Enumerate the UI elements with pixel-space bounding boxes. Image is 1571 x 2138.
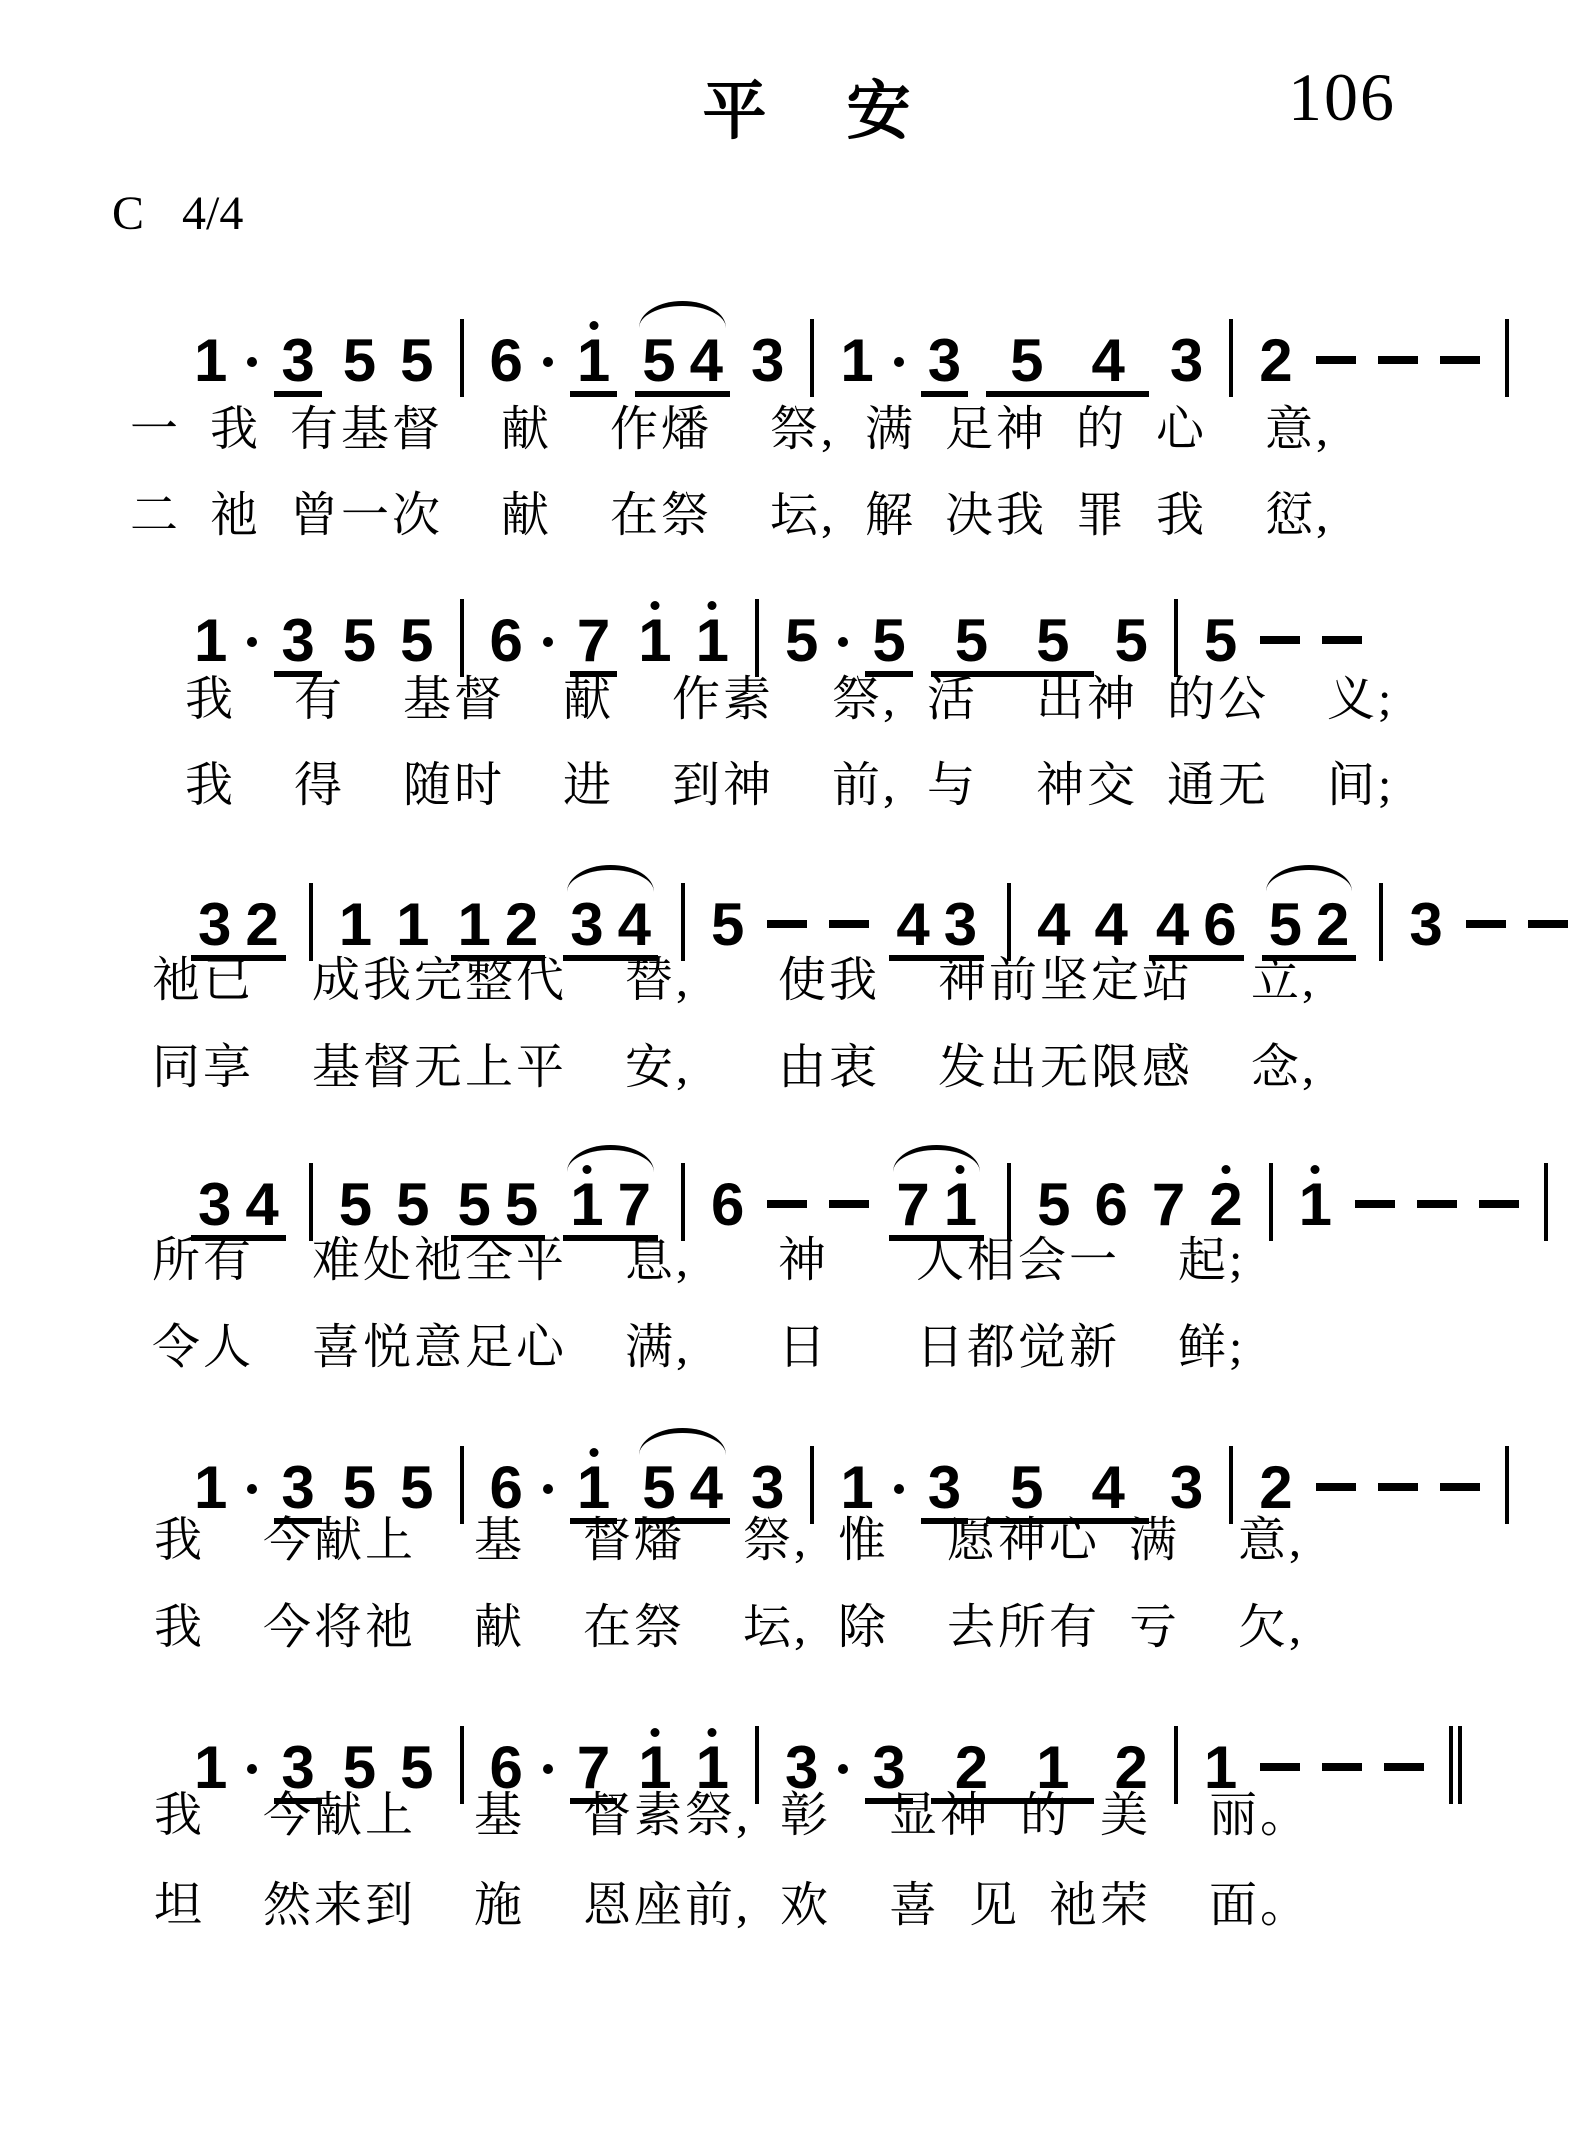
music-note: 2 [1314,895,1351,955]
beamed-group-with-slur: 54 [635,331,730,397]
barline [810,1446,814,1524]
music-note: 5 [1267,895,1304,955]
barline [1007,1163,1011,1241]
barline [1229,1446,1233,1524]
music-note: 5 [953,611,990,671]
music-note: 3 [196,895,233,955]
music-line-2: 13556711555555 [182,599,1373,677]
music-note: 6 [1201,895,1238,955]
music-note: 1 [837,331,876,391]
key-time-signature: C4/4 [112,186,243,241]
lyric-line-verse1-5: 我 今献上 基 督燔 祭, 惟 愿神心 满 意, [154,1514,1304,1568]
song-number: 106 [1288,58,1396,137]
music-note: 5 [1034,611,1071,671]
duration-dash [1316,1483,1356,1491]
music-note-high-octave: 2 [1206,1175,1245,1235]
barline [1505,319,1509,397]
lyric-line-verse2-3: 同享 基督无上平 安, 由衷 发出无限感 念, [152,1041,1317,1095]
beamed-group: 54 [986,331,1149,397]
beamed-group: 3 [274,331,321,397]
beamed-group: 32 [191,895,286,961]
barline [1379,883,1383,961]
music-note: 2 [1256,331,1295,391]
lyric-line-verse1-6: 我 今献上 基 督素祭, 彰 显神 的 美 丽。 [154,1789,1311,1843]
music-note: 5 [640,331,677,391]
beamed-group-with-slur: 52 [1262,895,1357,961]
music-note: 3 [1167,331,1206,391]
music-note: 4 [1090,1458,1127,1518]
lyric-line-verse1-3: 祂已 成我完整代 替, 使我 神前坚定站 立, [152,954,1317,1008]
barline [309,883,313,961]
music-note: 3 [279,331,316,391]
music-note-high-octave: 1 [568,1175,605,1235]
beamed-group: 3 [921,331,968,397]
music-note: 3 [1167,1458,1206,1518]
duration-dash [1260,1763,1300,1771]
augmentation-dot [838,1764,848,1774]
music-note: 7 [1149,1175,1188,1235]
barline [1174,599,1178,677]
music-line-1: 135561543135432 [182,319,1523,397]
music-note: 6 [487,1458,526,1518]
music-note: 5 [782,611,821,671]
music-note: 5 [340,1458,379,1518]
beamed-group: 12 [451,895,546,961]
music-note: 2 [503,895,540,955]
music-note-high-octave: 1 [942,1175,979,1235]
music-note: 5 [336,1175,375,1235]
lyric-line-verse1-4: 所有 难处祂全平 息, 神 人相会一 起; [152,1234,1245,1288]
music-line-3: 321112345434446523 [182,883,1571,961]
music-note: 3 [1406,895,1445,955]
music-note: 5 [456,1175,493,1235]
duration-dash [1316,356,1356,364]
music-note: 7 [575,611,612,671]
duration-dash [767,920,807,928]
duration-dash [1378,1483,1418,1491]
augmentation-dot [543,357,553,367]
music-note: 3 [279,611,316,671]
music-note: 1 [191,1458,230,1518]
duration-dash [1466,920,1506,928]
music-note: 1 [191,331,230,391]
beamed-group: 43 [889,895,984,961]
music-note: 4 [243,1175,280,1235]
music-note: 5 [640,1458,677,1518]
barline [1505,1446,1509,1524]
music-line-5: 135561543135432 [182,1446,1523,1524]
beamed-group: 55 [931,611,1094,677]
augmentation-dot [247,637,257,647]
lyric-line-verse1-1: 一 我 有基督 献 作燔 祭, 满 足神 的 心 意, [130,403,1331,457]
music-note-high-octave: 1 [635,611,674,671]
music-note: 4 [1092,895,1131,955]
music-note: 5 [397,611,436,671]
beamed-group: 3 [274,611,321,677]
beamed-group: 46 [1149,895,1244,961]
beamed-group: 34 [191,1175,286,1241]
lyric-line-verse2-2: 我 得 随时 进 到神 前, 与 神交 通无 间; [185,759,1394,813]
music-note: 7 [894,1175,931,1235]
music-note: 5 [340,611,379,671]
duration-dash [829,1200,869,1208]
duration-dash [1355,1200,1395,1208]
music-note: 5 [340,331,379,391]
barline [460,319,464,397]
duration-dash [1440,356,1480,364]
music-note: 4 [616,895,653,955]
barline [460,599,464,677]
final-double-barline [1449,1726,1462,1804]
music-note: 1 [393,895,432,955]
augmentation-dot [894,357,904,367]
music-note: 5 [870,611,907,671]
music-note-high-octave: 1 [1296,1175,1335,1235]
music-note: 3 [926,331,963,391]
music-note: 4 [894,895,931,955]
duration-dash [1440,1483,1480,1491]
lyric-line-verse2-1: 二 祂 曾一次 献 在祭 坛, 解 决我 罪 我 愆, [130,489,1331,543]
lyric-line-verse2-5: 我 今将祂 献 在祭 坛, 除 去所有 亏 欠, [154,1601,1304,1655]
music-note: 2 [243,895,280,955]
duration-dash [829,920,869,928]
music-note: 3 [942,895,979,955]
duration-dash [1384,1763,1424,1771]
augmentation-dot [247,357,257,367]
music-note: 3 [748,1458,787,1518]
barline [1269,1163,1273,1241]
barline [460,1446,464,1524]
music-note: 3 [196,1175,233,1235]
augmentation-dot [543,637,553,647]
duration-dash [1378,356,1418,364]
music-note: 5 [1201,611,1240,671]
music-note: 5 [397,331,436,391]
music-note: 6 [1092,1175,1131,1235]
music-note: 4 [1154,895,1191,955]
music-note-high-octave: 1 [575,331,612,391]
music-note: 6 [708,1175,747,1235]
beamed-group-with-slur: 17 [563,1175,658,1241]
music-note: 3 [926,1458,963,1518]
music-note: 2 [1256,1458,1295,1518]
music-note: 5 [397,1458,436,1518]
duration-dash [1322,636,1362,644]
music-note: 5 [1008,331,1045,391]
beamed-group: 7 [570,611,617,677]
beamed-group: 1 [570,331,617,397]
barline [681,1163,685,1241]
music-note: 4 [688,331,725,391]
music-note: 6 [487,611,526,671]
beamed-group-with-slur: 34 [563,895,658,961]
augmentation-dot [838,637,848,647]
augmentation-dot [543,1484,553,1494]
sheet-music-page: 平 安 106 C4/4 135561543135432 一 我 有基督 献 作… [0,0,1571,2138]
beamed-group: 5 [865,611,912,677]
music-note: 3 [279,1458,316,1518]
barline [681,883,685,961]
duration-dash [1417,1200,1457,1208]
music-note: 5 [393,1175,432,1235]
key-signature: C [112,187,144,240]
lyric-line-verse2-6: 坦 然来到 施 恩座前, 欢 喜 见 祂荣 面。 [154,1879,1311,1933]
barline [309,1163,313,1241]
song-title: 平 安 [703,60,919,152]
barline [810,319,814,397]
duration-dash [1260,636,1300,644]
music-note: 5 [1112,611,1151,671]
augmentation-dot [543,1764,553,1774]
augmentation-dot [247,1484,257,1494]
lyric-line-verse2-4: 令人 喜悦意足心 满, 日 日都觉新 鲜; [152,1321,1245,1375]
music-note: 6 [487,331,526,391]
music-note: 1 [837,1458,876,1518]
music-note: 1 [191,611,230,671]
music-note: 7 [616,1175,653,1235]
duration-dash [1528,920,1568,928]
barline [1544,1163,1548,1241]
barline [1229,319,1233,397]
beamed-group-with-slur: 71 [889,1175,984,1241]
music-note: 5 [1034,1175,1073,1235]
duration-dash [1322,1763,1362,1771]
music-note: 5 [708,895,747,955]
time-signature: 4/4 [182,187,243,240]
augmentation-dot [247,1764,257,1774]
music-line-4: 3455551767156721 [182,1163,1562,1241]
barline [1007,883,1011,961]
music-note: 3 [748,331,787,391]
music-note: 4 [1090,331,1127,391]
duration-dash [1479,1200,1519,1208]
duration-dash [767,1200,807,1208]
music-note: 5 [503,1175,540,1235]
music-note: 4 [688,1458,725,1518]
music-note: 3 [568,895,605,955]
music-note: 4 [1034,895,1073,955]
music-note: 1 [336,895,375,955]
music-note: 1 [456,895,493,955]
barline [755,599,759,677]
augmentation-dot [894,1484,904,1494]
music-note-high-octave: 1 [575,1458,612,1518]
music-note-high-octave: 1 [693,611,732,671]
beamed-group: 55 [451,1175,546,1241]
lyric-line-verse1-2: 我 有 基督 献 作素 祭, 活 出神 的公 义; [185,673,1394,727]
music-note: 5 [1008,1458,1045,1518]
